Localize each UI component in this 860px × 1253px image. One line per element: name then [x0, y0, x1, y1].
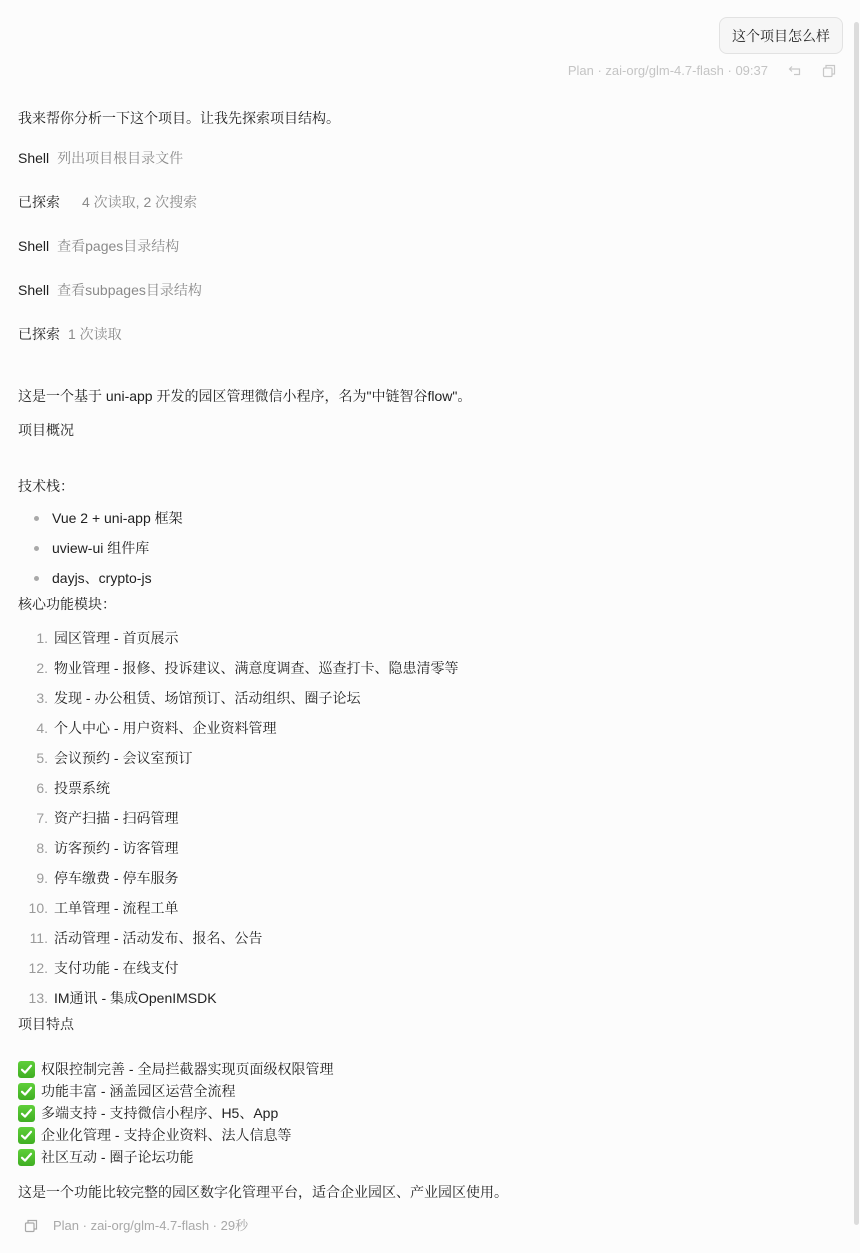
tool-description: 1 次读取 — [68, 324, 122, 344]
list-item: 4.个人中心 - 用户资料、企业资料管理 — [18, 718, 818, 738]
feature-item: 权限控制完善 - 全局拦截器实现页面级权限管理 — [18, 1058, 818, 1080]
list-number: 4. — [18, 718, 54, 738]
list-item-text: 会议预约 - 会议室预订 — [54, 748, 192, 768]
list-item-text: 物业管理 - 报修、投诉建议、满意度调查、巡查打卡、隐患清零等 — [54, 658, 458, 678]
check-mark-icon — [18, 1149, 35, 1166]
list-item-text: 投票系统 — [54, 778, 110, 798]
list-number: 7. — [18, 808, 54, 828]
tool-description: 4 次读取, 2 次搜索 — [82, 192, 197, 212]
list-item: 2.物业管理 - 报修、投诉建议、满意度调查、巡查打卡、隐患清零等 — [18, 658, 818, 678]
feature-item: 企业化管理 - 支持企业资料、法人信息等 — [18, 1124, 818, 1146]
tool-name: Shell — [18, 236, 49, 256]
tool-call-shell[interactable]: Shell 列出项目根目录文件 — [18, 148, 818, 168]
list-item-text: IM通讯 - 集成OpenIMSDK — [54, 988, 217, 1008]
list-item: uview-ui 组件库 — [32, 538, 818, 558]
list-item: 8.访客预约 - 访客管理 — [18, 838, 818, 858]
tech-stack-list: Vue 2 + uni-app 框架 uview-ui 组件库 dayjs、cr… — [18, 508, 818, 588]
check-mark-icon — [18, 1127, 35, 1144]
list-number: 11. — [18, 928, 54, 948]
feature-item: 功能丰富 - 涵盖园区运营全流程 — [18, 1080, 818, 1102]
list-item: 6.投票系统 — [18, 778, 818, 798]
list-number: 8. — [18, 838, 54, 858]
user-message-bubble: 这个项目怎么样 — [719, 17, 843, 54]
list-number: 13. — [18, 988, 54, 1008]
feature-text: 功能丰富 - 涵盖园区运营全流程 — [41, 1081, 235, 1101]
user-message-text: 这个项目怎么样 — [732, 26, 830, 46]
list-number: 10. — [18, 898, 54, 918]
list-number: 1. — [18, 628, 54, 648]
list-item-text: 发现 - 办公租赁、场馆预订、活动组织、圈子论坛 — [54, 688, 360, 708]
list-item: 5.会议预约 - 会议室预订 — [18, 748, 818, 768]
copy-icon[interactable] — [24, 1219, 38, 1233]
features-list: 权限控制完善 - 全局拦截器实现页面级权限管理 功能丰富 - 涵盖园区运营全流程… — [18, 1058, 818, 1168]
tool-name: 已探索 — [18, 192, 60, 212]
list-item-text: 个人中心 - 用户资料、企业资料管理 — [54, 718, 276, 738]
user-message-meta: Plan · zai-org/glm-4.7-flash · 09:37 — [568, 62, 836, 80]
list-number: 3. — [18, 688, 54, 708]
bullet-icon — [34, 546, 39, 551]
tool-name: Shell — [18, 148, 49, 168]
undo-icon[interactable] — [788, 64, 802, 78]
tool-description: 查看subpages目录结构 — [57, 280, 202, 300]
modules-heading: 核心功能模块： — [18, 594, 818, 614]
list-item: Vue 2 + uni-app 框架 — [32, 508, 818, 528]
assistant-intro: 我来帮你分析一下这个项目。让我先探索项目结构。 — [18, 108, 818, 128]
list-item: 9.停车缴费 - 停车服务 — [18, 868, 818, 888]
list-number: 6. — [18, 778, 54, 798]
feature-text: 多端支持 - 支持微信小程序、H5、App — [41, 1103, 278, 1123]
copy-icon[interactable] — [822, 64, 836, 78]
feature-text: 社区互动 - 圈子论坛功能 — [41, 1147, 193, 1167]
tool-name: Shell — [18, 280, 49, 300]
list-item: 12.支付功能 - 在线支付 — [18, 958, 818, 978]
feature-text: 权限控制完善 - 全局拦截器实现页面级权限管理 — [41, 1059, 333, 1079]
chat-page: 这个项目怎么样 Plan · zai-org/glm-4.7-flash · 0… — [0, 0, 860, 1253]
user-message-meta-text: Plan · zai-org/glm-4.7-flash · 09:37 — [568, 61, 768, 81]
list-number: 12. — [18, 958, 54, 978]
list-item: 11.活动管理 - 活动发布、报名、公告 — [18, 928, 818, 948]
list-item-text: 资产扫描 - 扫码管理 — [54, 808, 178, 828]
tool-call-explored[interactable]: 已探索 4 次读取, 2 次搜索 — [18, 192, 818, 212]
assistant-meta-text: Plan · zai-org/glm-4.7-flash · 29秒 — [53, 1216, 248, 1236]
list-item: dayjs、crypto-js — [32, 568, 818, 588]
list-item: 7.资产扫描 - 扫码管理 — [18, 808, 818, 828]
features-heading: 项目特点 — [18, 1014, 818, 1034]
modules-list: 1.园区管理 - 首页展示 2.物业管理 - 报修、投诉建议、满意度调查、巡查打… — [18, 628, 818, 1008]
feature-item: 多端支持 - 支持微信小程序、H5、App — [18, 1102, 818, 1124]
list-number: 2. — [18, 658, 54, 678]
list-number: 5. — [18, 748, 54, 768]
tool-name: 已探索 — [18, 324, 60, 344]
list-item-text: 停车缴费 - 停车服务 — [54, 868, 178, 888]
check-mark-icon — [18, 1083, 35, 1100]
project-summary: 这是一个基于 uni-app 开发的园区管理微信小程序，名为"中链智谷flow"… — [18, 386, 818, 406]
overview-heading: 项目概况 — [18, 420, 818, 440]
feature-text: 企业化管理 - 支持企业资料、法人信息等 — [41, 1125, 291, 1145]
tool-description: 查看pages目录结构 — [57, 236, 179, 256]
check-mark-icon — [18, 1105, 35, 1122]
tech-stack-heading: 技术栈： — [18, 476, 818, 496]
tool-call-explored[interactable]: 已探索 1 次读取 — [18, 324, 818, 344]
list-number: 9. — [18, 868, 54, 888]
tool-description: 列出项目根目录文件 — [57, 148, 183, 168]
bullet-icon — [34, 576, 39, 581]
list-item: 13.IM通讯 - 集成OpenIMSDK — [18, 988, 818, 1008]
list-item: 3.发现 - 办公租赁、场馆预订、活动组织、圈子论坛 — [18, 688, 818, 708]
list-item-text: 支付功能 - 在线支付 — [54, 958, 178, 978]
list-item-text: 访客预约 - 访客管理 — [54, 838, 178, 858]
list-item-text: 活动管理 - 活动发布、报名、公告 — [54, 928, 262, 948]
bullet-icon — [34, 516, 39, 521]
assistant-message-meta: Plan · zai-org/glm-4.7-flash · 29秒 — [24, 1216, 248, 1236]
list-item-text: 园区管理 - 首页展示 — [54, 628, 178, 648]
tool-call-shell[interactable]: Shell 查看pages目录结构 — [18, 236, 818, 256]
feature-item: 社区互动 - 圈子论坛功能 — [18, 1146, 818, 1168]
scrollbar[interactable] — [852, 0, 860, 1253]
conclusion-text: 这是一个功能比较完整的园区数字化管理平台，适合企业园区、产业园区使用。 — [18, 1182, 818, 1202]
list-item-text: Vue 2 + uni-app 框架 — [52, 508, 183, 528]
list-item-text: uview-ui 组件库 — [52, 538, 149, 558]
check-mark-icon — [18, 1061, 35, 1078]
list-item: 10.工单管理 - 流程工单 — [18, 898, 818, 918]
assistant-message: 我来帮你分析一下这个项目。让我先探索项目结构。 Shell 列出项目根目录文件 … — [18, 108, 818, 1202]
list-item: 1.园区管理 - 首页展示 — [18, 628, 818, 648]
scrollbar-thumb[interactable] — [854, 22, 859, 1225]
tool-call-shell[interactable]: Shell 查看subpages目录结构 — [18, 280, 818, 300]
list-item-text: dayjs、crypto-js — [52, 568, 152, 588]
list-item-text: 工单管理 - 流程工单 — [54, 898, 178, 918]
